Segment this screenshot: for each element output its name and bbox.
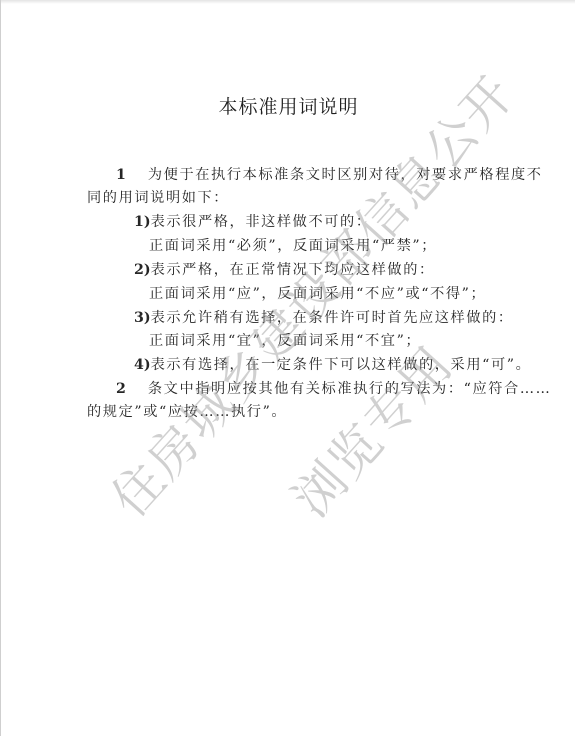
paragraph-1-line-1: 1为便于在执行本标准条文时区别对待，对要求严格程度不 bbox=[116, 165, 543, 185]
list-item-3-text: 表示允许稍有选择，在条件许可时首先应这样做的： bbox=[151, 310, 514, 326]
list-item-2-sub: 正面词采用“应”，反面词采用“不应”或“不得”； bbox=[149, 284, 486, 304]
document-page: 本标准用词说明 1为便于在执行本标准条文时区别对待，对要求严格程度不 同的用词说… bbox=[0, 0, 575, 736]
list-item-2-number: 2) bbox=[134, 262, 151, 278]
list-item-1: 1)表示很严格，非这样做不可的： bbox=[134, 212, 372, 232]
paragraph-2-text-line-2: 的规定”或“应按……执行”。 bbox=[87, 404, 287, 420]
list-item-2-text: 表示严格，在正常情况下均应这样做的： bbox=[151, 262, 435, 278]
page-top-shadow bbox=[1, 0, 575, 4]
paragraph-2-line-1: 2条文中指明应按其他有关标准执行的写法为：“应符合…… bbox=[116, 379, 551, 399]
paragraph-2-text-line-1: 条文中指明应按其他有关标准执行的写法为：“应符合…… bbox=[148, 381, 552, 397]
list-item-4: 4)表示有选择，在一定条件下可以这样做的，采用“可”。 bbox=[134, 355, 531, 375]
paragraph-2-line-2: 的规定”或“应按……执行”。 bbox=[87, 402, 287, 422]
list-item-2-sub-text: 正面词采用“应”，反面词采用“不应”或“不得”； bbox=[149, 286, 486, 302]
list-item-3-sub-text: 正面词采用“宜”，反面词采用“不宜”； bbox=[149, 333, 421, 349]
page-title: 本标准用词说明 bbox=[1, 92, 575, 119]
list-item-3-number: 3) bbox=[134, 310, 151, 326]
paragraph-2-number: 2 bbox=[116, 381, 126, 397]
list-item-4-text: 表示有选择，在一定条件下可以这样做的，采用“可”。 bbox=[151, 357, 532, 373]
list-item-4-number: 4) bbox=[134, 357, 151, 373]
paragraph-1-line-2: 同的用词说明如下： bbox=[87, 188, 229, 208]
list-item-1-sub: 正面词采用“必须”，反面词采用“严禁”； bbox=[149, 236, 437, 256]
list-item-3-sub: 正面词采用“宜”，反面词采用“不宜”； bbox=[149, 331, 421, 351]
list-item-2: 2)表示严格，在正常情况下均应这样做的： bbox=[134, 260, 435, 280]
paragraph-1-number: 1 bbox=[116, 167, 126, 183]
list-item-1-sub-text: 正面词采用“必须”，反面词采用“严禁”； bbox=[149, 238, 437, 254]
list-item-1-text: 表示很严格，非这样做不可的： bbox=[151, 214, 372, 230]
list-item-3: 3)表示允许稍有选择，在条件许可时首先应这样做的： bbox=[134, 308, 514, 328]
paragraph-1-text-line-1: 为便于在执行本标准条文时区别对待，对要求严格程度不 bbox=[148, 167, 543, 183]
list-item-1-number: 1) bbox=[134, 214, 151, 230]
paragraph-1-text-line-2: 同的用词说明如下： bbox=[87, 190, 229, 206]
